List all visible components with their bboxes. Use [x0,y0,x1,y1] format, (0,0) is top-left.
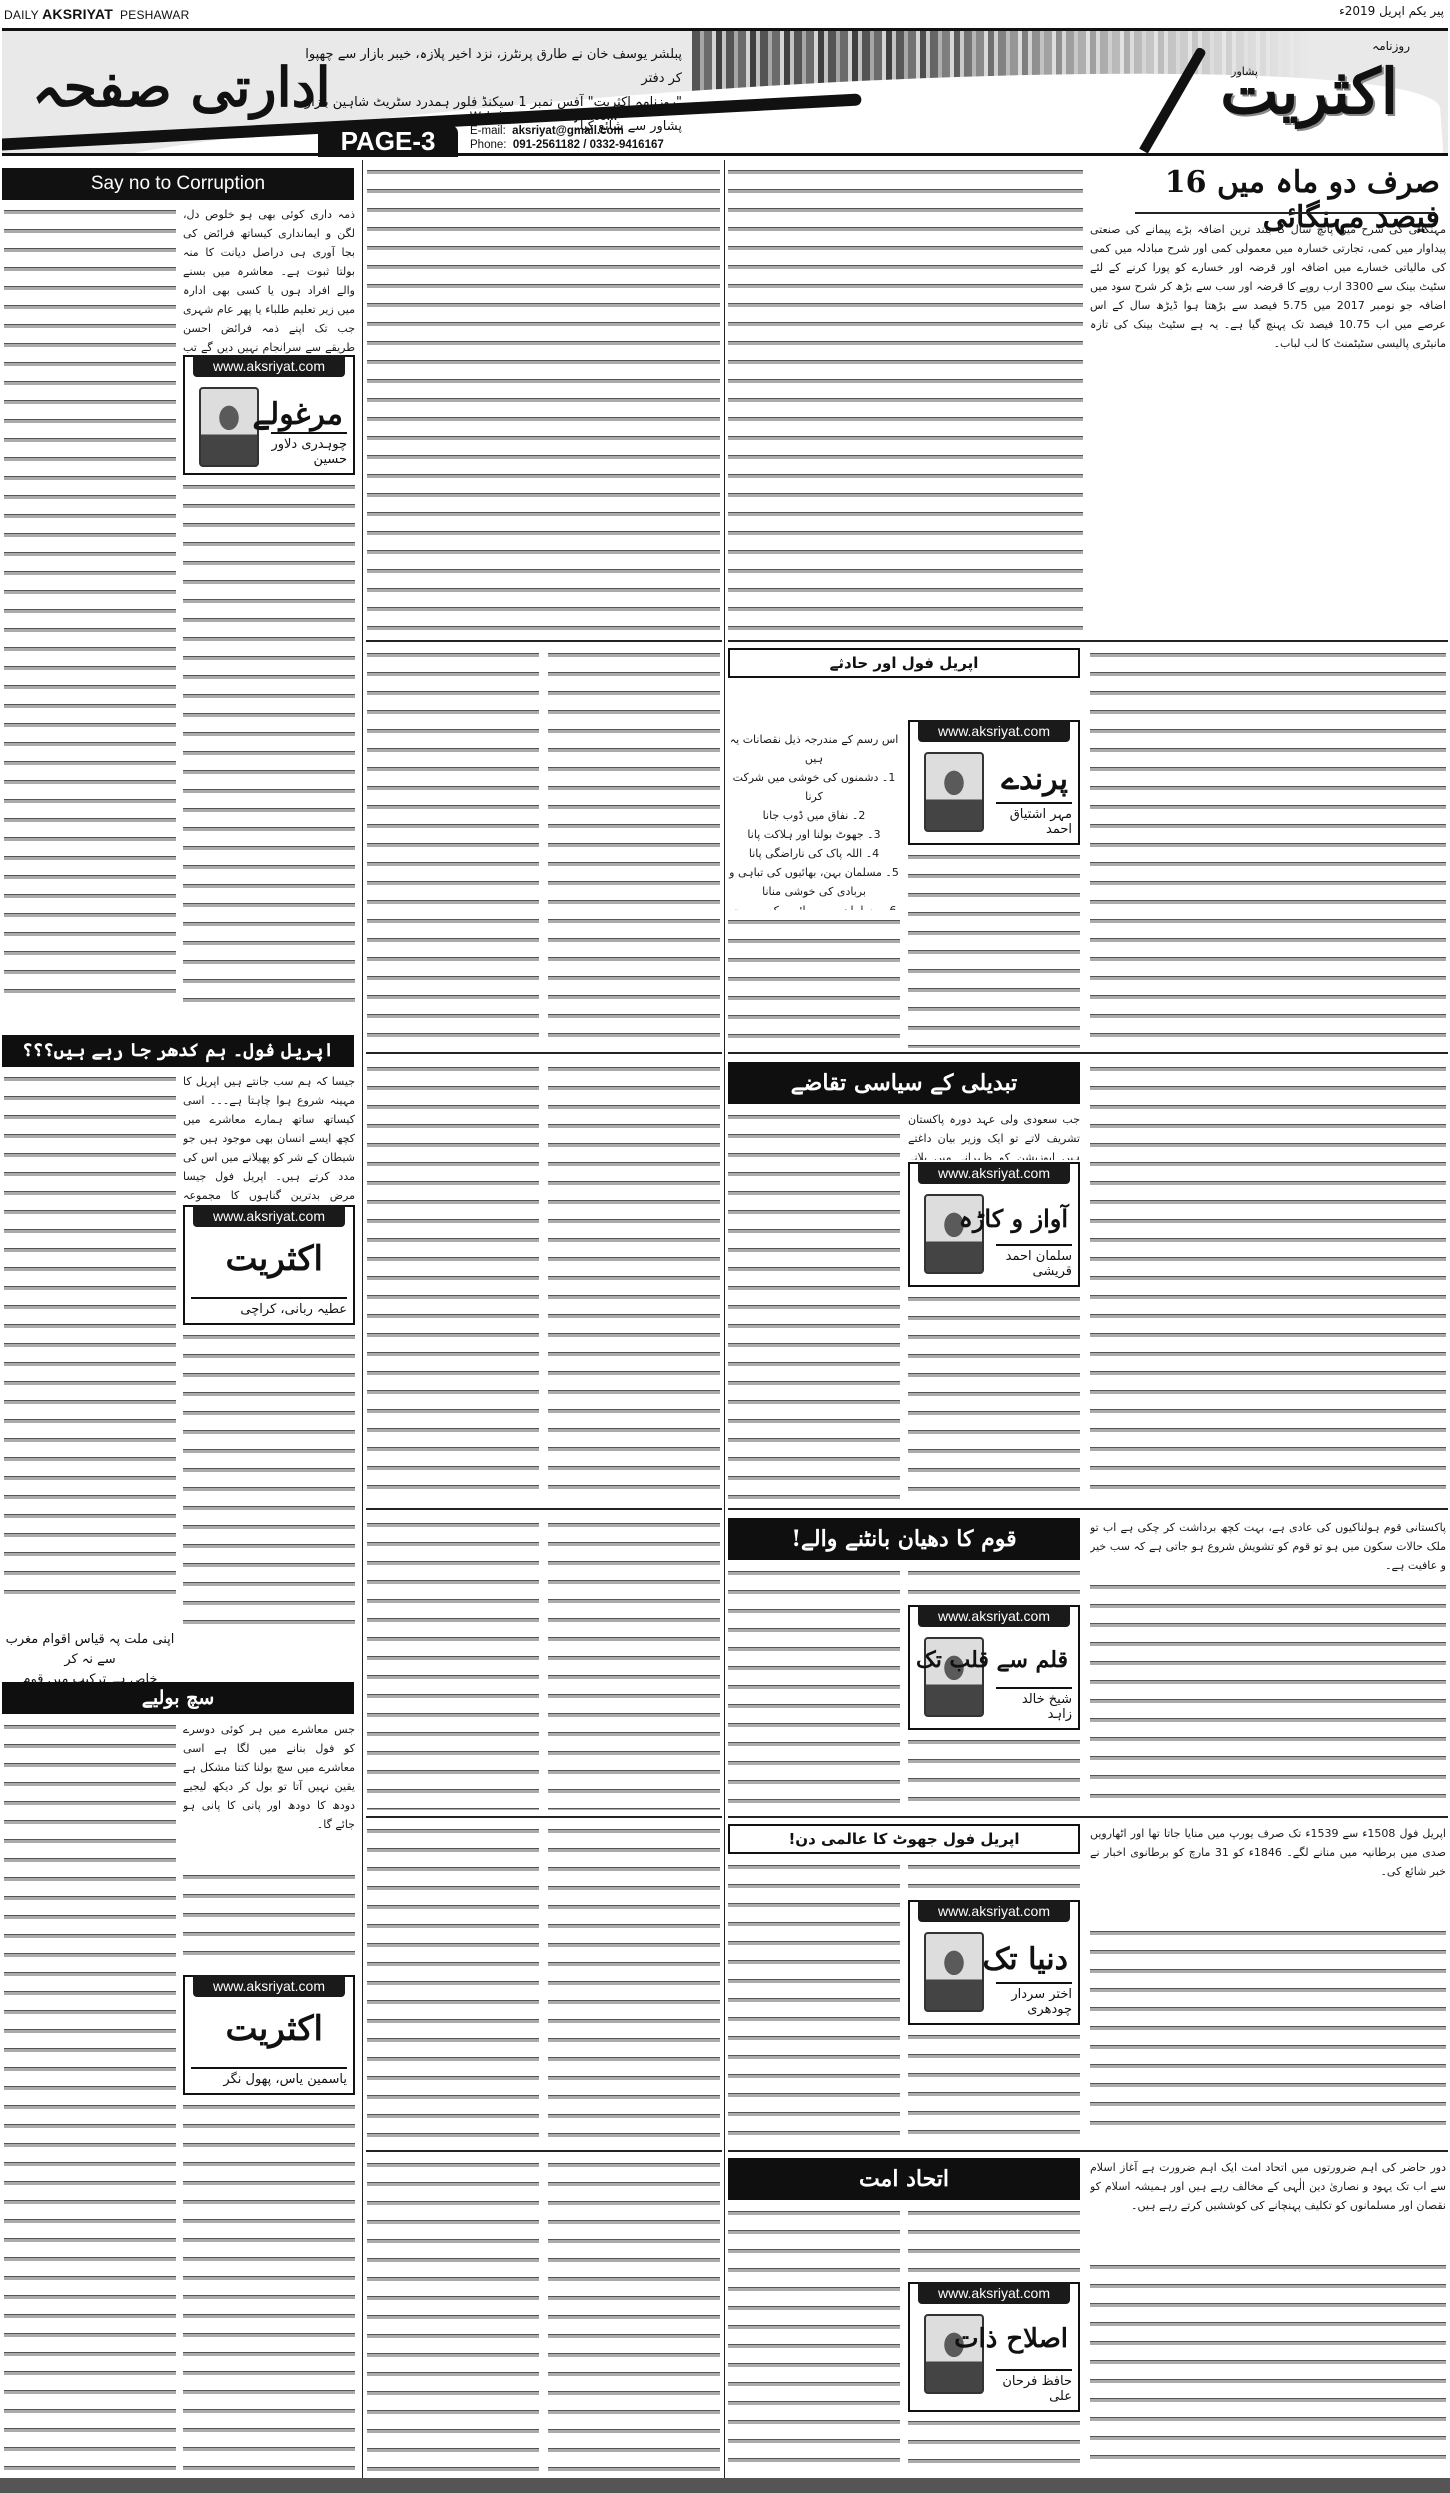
ittehad-ummat-text-col3 [728,2206,900,2472]
sach-bolie-text-cont2 [183,2100,355,2470]
ittehad-ummat-body: دور حاضر کی اہم ضرورتوں میں اتحاد امت ای… [1090,2161,1446,2212]
april-fool-lie-text: اپریل فول 1508ء سے 1539ء تک صرف یورپ میں… [1090,1824,1446,1924]
lead-article-continuation-2 [367,165,720,640]
column-logo: اکثریت [225,2009,323,2049]
ittehad-ummat-heading: اتحاد امت [728,2158,1080,2200]
ittehad-ummat-text-col2b [908,2416,1080,2472]
list-item: 1۔ دشمنوں کی خوشی میں شرکت کرنا [728,768,900,806]
sach-bolie-body: جس معاشرے میں ہر کوئی دوسرے کو فول بنانے… [183,1723,355,1831]
phone-label: Phone: [470,139,506,151]
logo-daily: روزنامہ [1372,39,1410,53]
sach-bolie-text-col2 [4,1720,176,2470]
website-link[interactable]: www.akstiyat.com [518,111,617,123]
mid-text-col-h [548,1824,720,2140]
april-fool-incidents-byline-box: www.aksriyat.com پرندے مہر اشتیاق احمد [908,720,1080,845]
section-rule [728,1816,1448,1818]
column-logo: اکثریت [225,1239,323,1279]
section-rule [728,1052,1448,1054]
april-fool-incidents-text-col1 [1090,648,1446,1048]
author-photo [924,1932,984,2012]
list-intro: اس رسم کے مندرجہ ذیل نقصانات یہ ہیں [728,730,900,768]
author-photo [924,752,984,832]
political-demands-heading: تبدیلی کے سیاسی تقاضے [728,1062,1080,1104]
email-label: E-mail: [470,125,506,137]
april-fool-lie-heading: اپریل فول جھوٹ کا عالمی دن! [728,1824,1080,1854]
list-item: 3۔ جھوٹ بولنا اور ہلاکت پانا [728,825,900,844]
april-fool-lie-text-col3 [728,1860,900,2140]
ittehad-ummat-text: دور حاضر کی اہم ضرورتوں میں اتحاد امت ای… [1090,2158,1446,2258]
political-demands-body: جب سعودی ولی عہد دورہ پاکستان تشریف لاتے… [908,1113,1080,1160]
email-link[interactable]: aksriyat@gmail.com [512,125,624,137]
april-fool-where-text: جیسا کہ ہم سب جانتے ہیں اپریل کا مہینہ ش… [183,1072,355,1202]
contact-block: Website: www.akstiyat.com E-mail: aksriy… [470,110,664,152]
section-rule [728,1508,1448,1510]
lead-article-text: مہنگائی کی شرح میں پانچ سال کا بلند ترین… [1090,220,1446,640]
phone-number: 091-2561182 / 0332-9416167 [513,139,664,151]
april-fool-incidents-heading: اپریل فول اور حادثے [728,648,1080,678]
section-rule [366,1508,722,1510]
author-photo [199,387,259,467]
list-item: 4۔ اللہ پاک کی ناراضگی پانا [728,844,900,863]
april-fool-where-text-cont [183,1330,355,1630]
mid-text-col-a [367,648,539,1048]
page-bottom-bar [0,2478,1450,2493]
nation-distractors-text: پاکستانی قوم ہولناکیوں کی عادی ہے، بہت ک… [1090,1518,1446,1578]
nation-distractors-text-col3 [728,1566,900,1810]
corruption-text: ذمہ داری کوئی بھی ہو خلوص دل، لگن و ایما… [183,208,355,355]
nation-distractors-body: پاکستانی قوم ہولناکیوں کی عادی ہے، بہت ک… [1090,1521,1446,1572]
author-name: چوہدری دلاور حسین [271,432,347,467]
sach-bolie-byline-box: www.aksriyat.com اکثریت یاسمین یاس، پھول… [183,1975,355,2095]
author-name: عطیہ ربانی، کراچی [191,1297,347,1317]
paper-label-city: PESHAWAR [120,8,189,22]
poem-line-1: اپنی ملت پہ قیاس اقوام مغرب سے نہ کر [4,1630,176,1670]
mid-text-col-f [548,1518,720,1810]
mid-text-col-i [367,2158,539,2472]
section-rule [366,640,722,642]
section-rule [728,2150,1448,2152]
column-name: اصلاح ذات [954,2324,1068,2354]
column-divider [724,160,725,2478]
column-name: آواز و کاڑہ [959,1204,1068,1233]
site-label[interactable]: www.aksriyat.com [918,720,1070,742]
list-item: 6۔ مسلمان بہن، بھائیوں کو مصیبت میں ڈالن… [728,901,900,910]
site-label[interactable]: www.aksriyat.com [193,1205,345,1227]
section-title: ادارتی صفحہ [32,55,331,119]
site-label[interactable]: www.aksriyat.com [918,1900,1070,1922]
april-fool-where-text-col2 [4,1072,176,1607]
author-name: اختر سردار چودھری [996,1982,1072,2017]
political-demands-text-col1 [1090,1062,1446,1502]
masthead: ادارتی صفحہ پبلشر یوسف خان نے طارق پرنٹر… [2,28,1448,156]
issue-date: پیر یکم اپریل 2019ء [1339,4,1444,18]
publisher-line-1: پبلشر یوسف خان نے طارق پرنٹرز، نزد اخیر … [302,43,682,91]
nation-distractors-text-col1 [1090,1580,1446,1810]
newspaper-logo: روزنامہ پشاور اکثریت [1178,37,1418,153]
corruption-text-col1: ذمہ داری کوئی بھی ہو خلوص دل، لگن و ایما… [183,205,355,355]
april-fool-where-heading: اپریل فول۔ ہم کدھر جا رہے ہیں؟؟؟ [2,1035,354,1067]
column-name: پرندے [1001,762,1068,797]
sach-bolie-text-cont [183,1870,355,1970]
mid-text-col-d [548,1062,720,1502]
website-label: Website: [470,111,515,123]
author-name: سلمان احمد قریشی [996,1244,1072,1279]
list-item: 5۔ مسلمان بہن، بھائیوں کی تباہی و بربادی… [728,863,900,901]
nation-distractors-byline-box: www.aksriyat.com قلم سے قلب تک شیخ خالد … [908,1605,1080,1730]
mid-text-col-g [367,1824,539,2140]
corruption-byline-box: www.aksriyat.com مرغولے چوہدری دلاور حسی… [183,355,355,475]
april-fool-where-byline-box: www.aksriyat.com اکثریت عطیہ ربانی، کراچ… [183,1205,355,1325]
site-label[interactable]: www.aksriyat.com [918,1605,1070,1627]
top-line: DAILY AKSRIYAT PESHAWAR پیر یکم اپریل 20… [0,0,1450,26]
site-label[interactable]: www.aksriyat.com [918,1162,1070,1184]
april-fool-where-body: جیسا کہ ہم سب جانتے ہیں اپریل کا مہینہ ش… [183,1075,355,1202]
april-fool-lie-text-col1 [1090,1926,1446,2140]
column-name: دنیا تک [982,1942,1068,1977]
mid-text-col-b [548,648,720,1048]
april-fool-lie-text-col2b [908,2030,1080,2140]
section-rule [366,1816,722,1818]
april-fool-lie-text-col2a [908,1860,1080,1896]
sach-bolie-heading: سچ بولیے [2,1682,354,1714]
mid-text-col-e [367,1518,539,1810]
page-badge: PAGE-3 [318,125,458,157]
section-rule [728,640,1448,642]
corruption-text-col2 [4,205,176,1005]
political-demands-text: جب سعودی ولی عہد دورہ پاکستان تشریف لاتے… [908,1110,1080,1160]
section-rule [366,2150,722,2152]
mid-text-col-j [548,2158,720,2472]
column-divider [362,160,363,2478]
sach-bolie-text: جس معاشرے میں ہر کوئی دوسرے کو فول بنانے… [183,1720,355,1870]
site-label[interactable]: www.aksriyat.com [918,2282,1070,2304]
list-item: 2۔ نفاق میں ڈوب جانا [728,806,900,825]
author-name: یاسمین یاس، پھول نگر [191,2067,347,2087]
lead-intro: مہنگائی کی شرح میں پانچ سال کا بلند ترین… [1090,223,1446,350]
april-fool-lie-byline-box: www.aksriyat.com دنیا تک اختر سردار چودھ… [908,1900,1080,2025]
logo-name: اکثریت [1220,55,1398,128]
lead-article-continuation [728,165,1083,640]
nation-distractors-heading: قوم کا دھیان بانٹنے والے! [728,1518,1080,1560]
political-demands-text-col2 [908,1292,1080,1502]
paper-label-name: AKSRIYAT [42,6,113,22]
section-rule [366,1052,722,1054]
paper-label-prefix: DAILY [4,8,39,22]
site-label[interactable]: www.aksriyat.com [193,355,345,377]
say-no-corruption-heading: Say no to Corruption [2,168,354,200]
political-demands-text-col3 [728,1110,900,1502]
ittehad-ummat-byline-box: www.aksriyat.com اصلاح ذات حافظ فرحان عل… [908,2282,1080,2412]
author-name: شیخ خالد زاہد [996,1687,1072,1722]
site-label[interactable]: www.aksriyat.com [193,1975,345,1997]
april-fool-harms-list: اس رسم کے مندرجہ ذیل نقصانات یہ ہیں 1۔ د… [728,730,900,910]
corruption-text-col1-cont [183,480,355,1005]
ittehad-ummat-text-col2a [908,2206,1080,2278]
author-name: مہر اشتیاق احمد [996,802,1072,837]
april-fool-incidents-text-col2 [908,850,1080,1048]
april-fool-incidents-text-col3 [728,915,900,1048]
paper-label: DAILY AKSRIYAT PESHAWAR [4,6,189,22]
nation-distractors-text-col2a [908,1566,1080,1602]
mid-text-col-c [367,1062,539,1502]
nation-distractors-text-col2b [908,1735,1080,1810]
column-name: قلم سے قلب تک [916,1647,1068,1673]
april-fool-lie-body: اپریل فول 1508ء سے 1539ء تک صرف یورپ میں… [1090,1827,1446,1878]
political-demands-byline-box: www.aksriyat.com آواز و کاڑہ سلمان احمد … [908,1162,1080,1287]
author-name: حافظ فرحان علی [996,2369,1072,2404]
ittehad-ummat-text-col1 [1090,2260,1446,2472]
headline-rule [1135,212,1435,214]
column-name: مرغولے [252,397,343,432]
